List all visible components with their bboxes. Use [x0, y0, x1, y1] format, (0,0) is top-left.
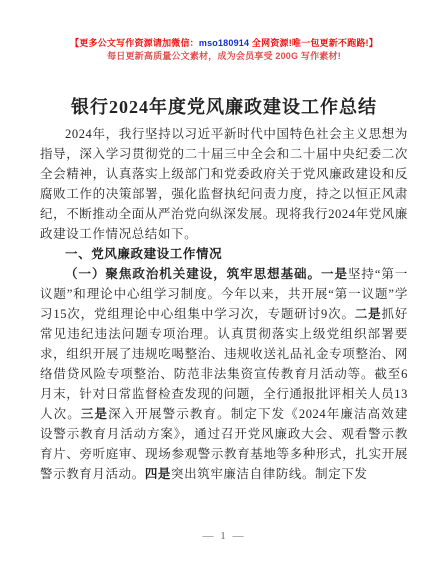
text-run: 二是	[355, 307, 382, 321]
paragraph-section-1: （一）聚焦政治机关建设，筑牢思想基础。一是坚持“第一议题”和理论中心组学习制度。…	[40, 264, 408, 484]
text-run: 四是	[145, 467, 171, 481]
document-title: 银行2024年度党风廉政建设工作总结	[0, 93, 448, 119]
section-heading-1: 一、党风廉政建设工作情况	[40, 244, 408, 264]
ad-wechat-id: mso180914	[199, 38, 249, 48]
text-run: （一）聚焦政治机关建设，筑牢思想基础。一是	[65, 267, 348, 281]
document-page: 【更多公文写作资源请加微信：mso180914 全网资源!唯一包更新不跑路!】 …	[0, 0, 448, 580]
ad-text-suffix: 全网资源!唯一包更新不跑路!】	[249, 38, 378, 48]
ad-banner-line1: 【更多公文写作资源请加微信：mso180914 全网资源!唯一包更新不跑路!】	[0, 37, 448, 50]
text-run: 突出筑牢廉洁自律防线。制定下发	[171, 467, 368, 481]
text-run: 抓好常见违纪违法问题专项治理。认真贯彻落实上级党组织部署要求，组织开展了违规吃喝…	[40, 307, 408, 421]
text-run: 三是	[81, 407, 108, 421]
page-number: — 1 —	[0, 530, 448, 542]
paragraph-intro: 2024年，我行坚持以习近平新时代中国特色社会主义思想为指导，深入学习贯彻党的二…	[40, 124, 408, 244]
document-body: 2024年，我行坚持以习近平新时代中国特色社会主义思想为指导，深入学习贯彻党的二…	[40, 124, 408, 484]
ad-banner-line2: 每日更新高质量公文素材，成为会员享受 200G 写作素材!	[0, 50, 448, 63]
ad-text-line2: 每日更新高质量公文素材，成为会员享受 200G 写作素材!	[107, 51, 341, 61]
ad-text-prefix: 【更多公文写作资源请加微信：	[70, 38, 199, 48]
ad-banner: 【更多公文写作资源请加微信：mso180914 全网资源!唯一包更新不跑路!】 …	[0, 37, 448, 63]
